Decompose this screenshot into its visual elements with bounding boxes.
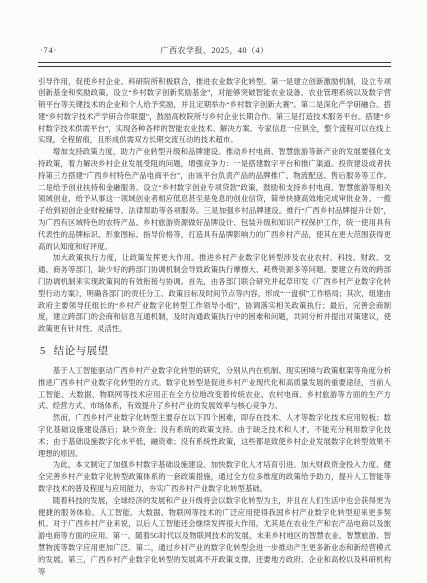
continued-paragraphs: 引导作用，促使乡村企业、科研院所积极联合，推进农业数字化转型。第一是建立创新激励… bbox=[38, 76, 391, 336]
article-body: 引导作用，促使乡村企业、科研院所积极联合，推进农业数字化转型。第一是建立创新激励… bbox=[38, 76, 391, 578]
paragraph: 为此，本文制定了加强乡村数字基础设施建设、加快数字化人才培育引进、加大财政资金投… bbox=[38, 459, 391, 494]
paragraph: 然而，广西乡村产业数字化转型主要存在以下四个困难，即存在技术、人才等数字化技术应… bbox=[38, 412, 391, 459]
journal-citation: 广西农学报，2025，40（4） bbox=[38, 45, 391, 57]
paragraph: 加大政策执行力度，让政策发挥更大作用。推进乡村产业数字化转型涉及农业农村、科技、… bbox=[38, 252, 391, 335]
journal-page: ·74· 广西农学报，2025，40（4） 引导作用，促使乡村企业、科研院所积极… bbox=[0, 0, 427, 583]
section-paragraphs: 基于人工智能驱动广西乡村产业数字化转型的研究，分别从内在机制、现实困境与政策框架… bbox=[38, 365, 391, 577]
section-title: 结论与展望 bbox=[54, 346, 109, 357]
paragraph: 增加支持政策力度，助力产业转型升级和品牌建设。推动乡村电商、智慧旅游等新产业的发… bbox=[38, 146, 391, 252]
page-header: ·74· 广西农学报，2025，40（4） bbox=[38, 45, 391, 57]
paragraph: 随着科技的发展，全球经济的发展和产业升级将会以数字化转型为主，并且在人们生活中也… bbox=[38, 495, 391, 578]
section-number: 5 bbox=[40, 346, 46, 357]
header-double-rule bbox=[38, 62, 391, 67]
paragraph: 基于人工智能驱动广西乡村产业数字化转型的研究，分别从内在机制、现实困境与政策框架… bbox=[38, 365, 391, 412]
section-heading: 5结论与展望 bbox=[40, 345, 391, 358]
paragraph: 引导作用，促使乡村企业、科研院所积极联合，推进农业数字化转型。第一是建立创新激励… bbox=[38, 76, 391, 147]
